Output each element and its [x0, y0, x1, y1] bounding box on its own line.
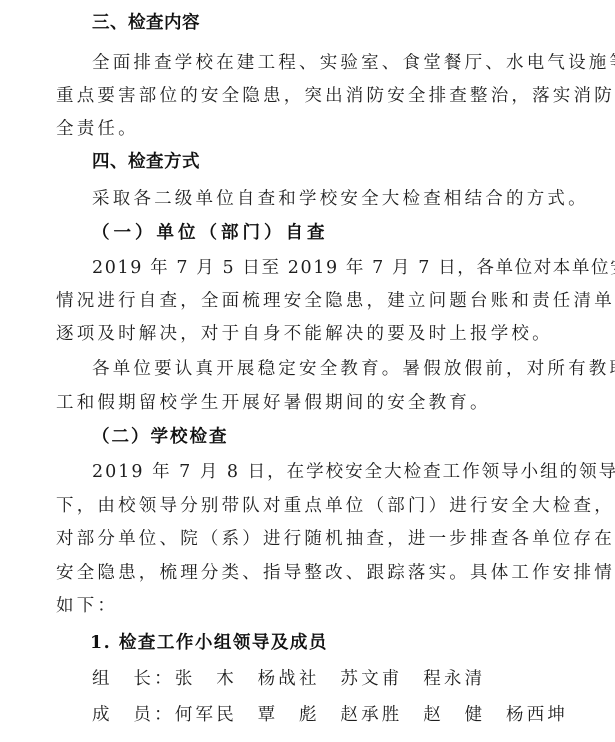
paragraph-line: 全面排查学校在建工程、实验室、食堂餐厅、水电气设施等	[92, 52, 615, 74]
paragraph-line: 工和假期留校学生开展好暑假期间的安全教育。	[56, 392, 491, 414]
members-row: 成 员：何军民 覃 彪 赵承胜 赵 健 杨西坤	[92, 704, 568, 726]
paragraph-line: 重点要害部位的安全隐患，突出消防安全排查整治，落实消防安	[56, 85, 615, 107]
paragraph-line: 各单位要认真开展稳定安全教育。暑假放假前，对所有教职	[92, 358, 615, 380]
subsection-heading-2: （二）学校检查	[92, 426, 229, 448]
subsection-heading-1: （一）单位（部门）自查	[92, 222, 329, 244]
leaders-names: 张 木 杨战社 苏文甫 程永清	[175, 669, 486, 689]
section-heading-4: 四、检查方式	[92, 151, 200, 173]
paragraph-line: 2019 年 7 月 8 日，在学校安全大检查工作领导小组的领导	[92, 461, 615, 483]
paragraph-line: 如下：	[56, 595, 118, 617]
paragraph-line: 逐项及时解决，对于自身不能解决的要及时上报学校。	[56, 323, 553, 345]
members-names: 何军民 覃 彪 赵承胜 赵 健 杨西坤	[175, 705, 568, 725]
paragraph-line: 对部分单位、院（系）进行随机抽查，进一步排查各单位存在的	[56, 528, 615, 550]
paragraph-line: 下，由校领导分别带队对重点单位（部门）进行安全大检查，并	[56, 495, 615, 517]
document-page: 三、检查内容 全面排查学校在建工程、实验室、食堂餐厅、水电气设施等 重点要害部位…	[0, 0, 615, 742]
paragraph-line: 情况进行自查，全面梳理安全隐患，建立问题台账和责任清单，	[56, 290, 615, 312]
leaders-label: 组 长：	[92, 669, 175, 689]
section-heading-3: 三、检查内容	[92, 12, 200, 34]
paragraph-line: 安全隐患，梳理分类、指导整改、跟踪落实。具体工作安排情况	[56, 562, 615, 584]
leaders-row: 组 长：张 木 杨战社 苏文甫 程永清	[92, 668, 485, 690]
item-heading-1: 1. 检查工作小组领导及成员	[90, 632, 328, 654]
paragraph-line: 2019 年 7 月 5 日至 2019 年 7 月 7 日，各单位对本单位安全	[92, 257, 615, 279]
paragraph-line: 采取各二级单位自查和学校安全大检查相结合的方式。	[92, 188, 589, 210]
members-label: 成 员：	[92, 705, 175, 725]
paragraph-line: 全责任。	[56, 118, 139, 140]
